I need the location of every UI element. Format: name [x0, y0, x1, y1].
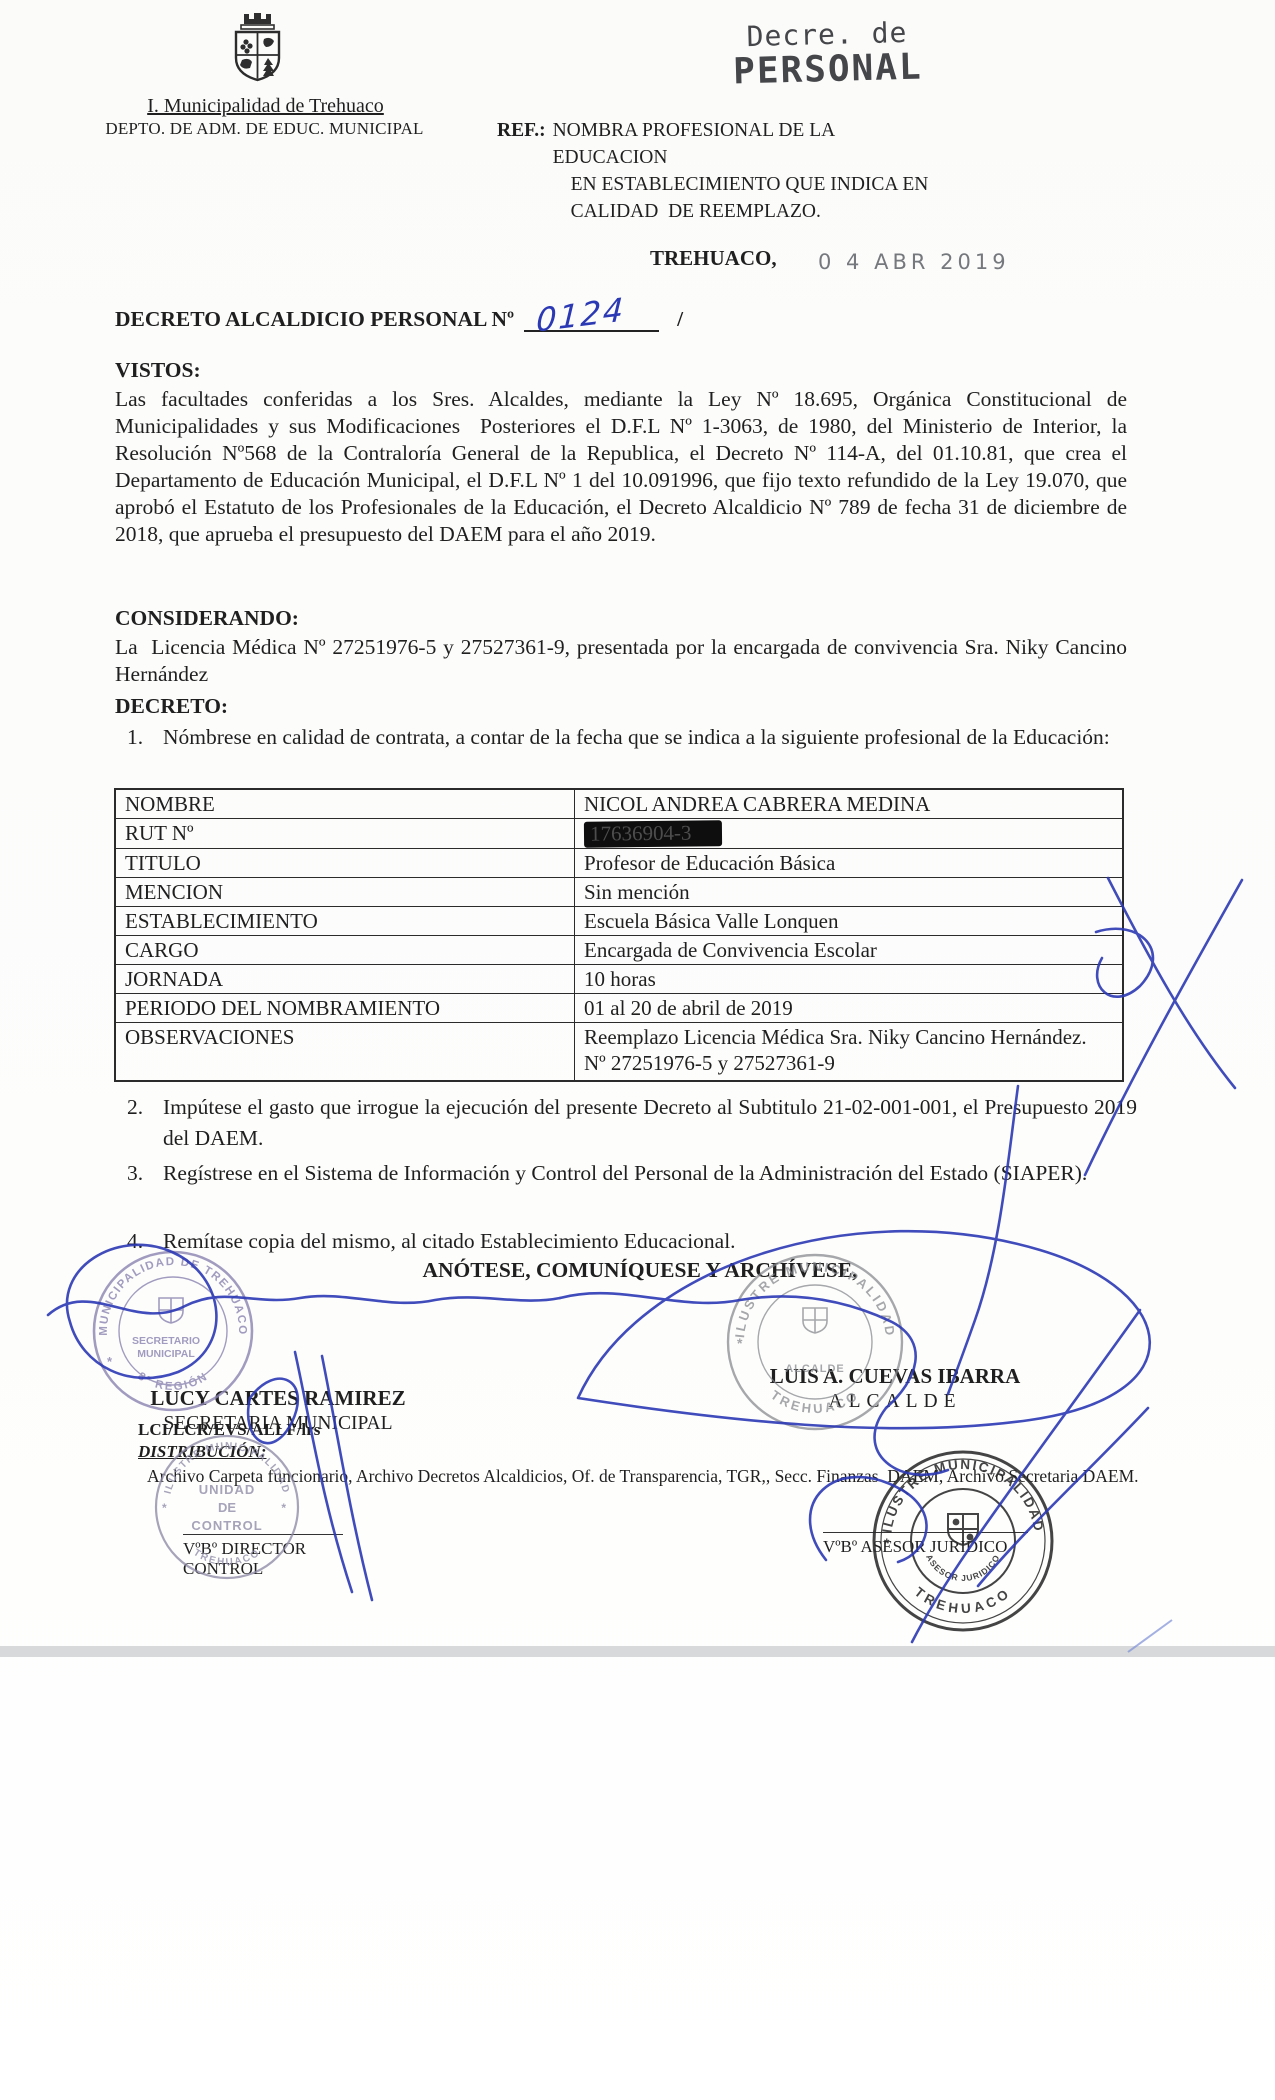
row-label: RUT Nº	[115, 819, 575, 849]
considerando-paragraph: La Licencia Médica Nº 27251976-5 y 27527…	[115, 634, 1127, 688]
signer-name: LUCY CARTES RAMIREZ	[128, 1386, 428, 1411]
vb-director-control: VºBº DIRECTOR CONTROL	[183, 1534, 373, 1579]
redaction-box: 17636904-3	[584, 820, 722, 847]
signature-block-alcalde: LUIS A. CUEVAS IBARRA ALCALDE	[745, 1364, 1045, 1413]
row-value: 17636904-3	[575, 819, 1124, 849]
row-value: Sin mención	[575, 878, 1124, 907]
table-row: TITULO Profesor de Educación Básica	[115, 849, 1123, 878]
decree-number-line: DECRETO ALCALDICIO PERSONAL Nº 0124 /	[115, 296, 683, 332]
distribution-label: DISTRIBUCIÓN:	[138, 1442, 266, 1462]
row-value: Profesor de Educación Básica	[575, 849, 1124, 878]
signer-title: ALCALDE	[745, 1391, 1045, 1413]
svg-text:MUNICIPALIDAD DE TREHUACO: MUNICIPALIDAD DE TREHUACO	[98, 1256, 248, 1336]
item-text: Nómbrese en calidad de contrata, a conta…	[163, 722, 1110, 753]
table-row: RUT Nº 17636904-3	[115, 819, 1123, 849]
stamp-star: *	[281, 1501, 286, 1515]
date-stamp: 0 4 ABR 2019	[818, 250, 1010, 274]
row-label: JORNADA	[115, 965, 575, 994]
decreto-heading: DECRETO:	[115, 694, 228, 719]
drafting-initials: LCI/LCR/EVS/ALLF/lrs	[138, 1420, 320, 1440]
svg-text:ASESOR JURIDICO: ASESOR JURIDICO	[924, 1553, 1002, 1583]
decree-slash: /	[677, 307, 683, 332]
table-row: OBSERVACIONES Reemplazo Licencia Médica …	[115, 1023, 1123, 1081]
vb-label: VºBº ASESOR JURIDICO	[823, 1537, 1038, 1557]
closing-formula: ANÓTESE, COMUNÍQUESE Y ARCHÍVESE,	[300, 1258, 980, 1283]
svg-text:DE: DE	[218, 1500, 236, 1515]
row-label: MENCION	[115, 878, 575, 907]
signer-name: LUIS A. CUEVAS IBARRA	[745, 1364, 1045, 1389]
decree-label: DECRETO ALCALDICIO PERSONAL Nº	[115, 307, 514, 332]
municipality-coat-of-arms-icon	[220, 6, 302, 94]
table-row: MENCION Sin mención	[115, 878, 1123, 907]
decreto-item-3: 3. Regístrese en el Sistema de Informaci…	[115, 1158, 1137, 1189]
table-row: JORNADA 10 horas	[115, 965, 1123, 994]
considerando-heading: CONSIDERANDO:	[115, 606, 299, 631]
decreto-item-1: 1. Nómbrese en calidad de contrata, a co…	[115, 722, 1137, 753]
rut-value: 17636904-3	[590, 821, 692, 846]
stamp-shield-icon	[159, 1298, 183, 1323]
item-number: 4.	[115, 1226, 163, 1257]
personal-classification-stamp: Decre. de PERSONAL	[684, 14, 971, 93]
row-label: NOMBRE	[115, 789, 575, 819]
municipality-name: I. Municipalidad de Trehuaco	[118, 95, 413, 118]
decreto-item-4: 4. Remítase copia del mismo, al citado E…	[115, 1226, 1137, 1257]
item-text: Remítase copia del mismo, al citado Esta…	[163, 1226, 736, 1257]
item-text: Regístrese en el Sistema de Información …	[163, 1158, 1087, 1189]
decree-number-underline: 0124	[524, 296, 659, 332]
vb-label: VºBº DIRECTOR CONTROL	[183, 1539, 373, 1579]
stamp-star: *	[737, 1335, 743, 1351]
row-label: PERIODO DEL NOMBRAMIENTO	[115, 994, 575, 1023]
item-number: 1.	[115, 722, 163, 753]
stamp-line2: PERSONAL	[685, 45, 971, 93]
svg-text:SECRETARIO: SECRETARIO	[132, 1335, 200, 1347]
row-value: NICOL ANDREA CABRERA MEDINA	[575, 789, 1124, 819]
handwritten-decree-number: 0124	[535, 290, 626, 339]
item-number: 3.	[115, 1158, 163, 1189]
ref-line: NOMBRA PROFESIONAL DE LA EDUCACION	[553, 117, 937, 171]
signature-rule	[823, 1532, 1028, 1533]
row-value: 01 al 20 de abril de 2019	[575, 994, 1124, 1023]
vistos-heading: VISTOS:	[115, 358, 201, 383]
vistos-paragraph: Las facultades conferidas a los Sres. Al…	[115, 386, 1127, 548]
svg-text:TREHUACO: TREHUACO	[912, 1584, 1015, 1616]
row-label: OBSERVACIONES	[115, 1023, 575, 1081]
place-line: TREHUACO,	[650, 246, 777, 271]
row-value: Escuela Básica Valle Lonquen	[575, 907, 1124, 936]
item-number: 2.	[115, 1092, 163, 1154]
stamp-star: *	[162, 1501, 167, 1515]
ref-line: CALIDAD DE REEMPLAZO.	[571, 198, 937, 225]
signature-rule	[183, 1534, 343, 1535]
ref-label: REF.:	[497, 117, 546, 225]
item-text: Impútese el gasto que irrogue la ejecuci…	[163, 1092, 1137, 1154]
svg-text:MUNICIPAL: MUNICIPAL	[137, 1348, 195, 1360]
distribution-list: Archivo Carpeta funcionario, Archivo Dec…	[147, 1466, 1157, 1487]
row-label: TITULO	[115, 849, 575, 878]
table-row: ESTABLECIMIENTO Escuela Básica Valle Lon…	[115, 907, 1123, 936]
department-name: DEPTO. DE ADM. DE EDUC. MUNICIPAL	[92, 119, 437, 139]
table-row: CARGO Encargada de Convivencia Escolar	[115, 936, 1123, 965]
table-row: PERIODO DEL NOMBRAMIENTO 01 al 20 de abr…	[115, 994, 1123, 1023]
row-value: 10 horas	[575, 965, 1124, 994]
row-value: Encargada de Convivencia Escolar	[575, 936, 1124, 965]
row-label: ESTABLECIMIENTO	[115, 907, 575, 936]
scan-edge-band	[0, 1646, 1275, 1657]
appointment-table: NOMBRE NICOL ANDREA CABRERA MEDINA RUT N…	[114, 788, 1124, 1082]
stamp-shield-icon	[803, 1308, 827, 1333]
row-label: CARGO	[115, 936, 575, 965]
scanned-decree-document: I. Municipalidad de Trehuaco DEPTO. DE A…	[0, 0, 1275, 2100]
vb-asesor-juridico: VºBº ASESOR JURIDICO	[823, 1532, 1038, 1557]
row-value: Reemplazo Licencia Médica Sra. Niky Canc…	[575, 1023, 1124, 1081]
decreto-item-2: 2. Impútese el gasto que irrogue la ejec…	[115, 1092, 1137, 1154]
table-row: NOMBRE NICOL ANDREA CABRERA MEDINA	[115, 789, 1123, 819]
stamp-star: *	[107, 1354, 113, 1369]
svg-text:CONTROL: CONTROL	[191, 1518, 262, 1533]
ref-line: EN ESTABLECIMIENTO QUE INDICA EN	[571, 171, 937, 198]
reference-block: REF.: NOMBRA PROFESIONAL DE LA EDUCACION…	[497, 117, 937, 225]
